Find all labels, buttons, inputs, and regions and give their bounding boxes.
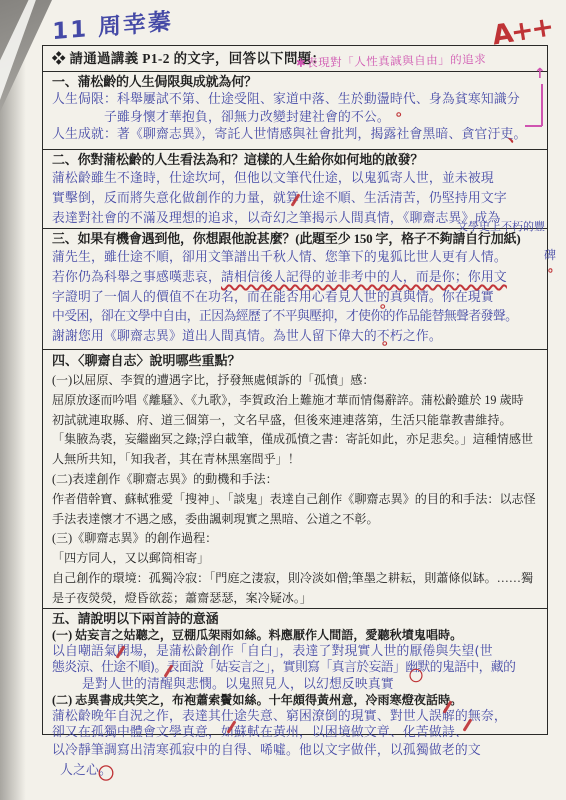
grader-dot-mark: 。 [396,99,411,120]
printed-line: 自己創作的環境：孤獨冷寂：「門庭之淒寂，則冷淡如僧;筆墨之耕耘，則蕭條似缽。……… [52,569,541,589]
question-4-row: 四、〈聊齋自志〉說明哪些重點？ (一)以屈原、李賀的遭遇字比，抒發無處傾訴的「孤… [43,349,547,608]
grader-circle-mark: 〇 [409,666,423,686]
question-4-heading: 四、〈聊齋自志〉說明哪些重點？ [52,351,541,371]
question-5-heading: 五、請說明以下兩首詩的意涵 [52,610,541,628]
answer-line: 人生侷限：科舉屢試不第、仕途受阻、家道中落、生於動盪時代、身為貧寒知識分 [52,91,541,109]
grader-dot-mark: 。 [380,291,395,312]
answer-line: 人生成就：著《聊齋志異》，寄託人世情感與社會批判，揭露社會黑暗、貪官汙吏。 [52,126,541,144]
printed-line: 「集腋為裘，妄繼幽冥之錄;浮白載筆，僅成孤憤之書：寄託如此，亦足悲矣。」這種情感… [52,430,541,450]
printed-line: 屈原放逐而吟唱《離騷》、《九歌》，李賀政治上難施才華而情傷辭誶。蒲松齡雖於 19… [52,391,541,411]
grader-dot-mark: 。 [382,328,397,349]
printed-line: 手法表達懷才不遇之感，委曲諷刺現實之黑暗、公道之不彰。 [52,510,541,530]
printed-line: 「四方同人，又以郵筒相寄」 [52,549,541,569]
grader-dot-mark: 。 [548,256,561,275]
student-name-handwritten: 11 周幸蓁 [52,3,173,47]
answer-line: 若你仍為科舉之事感嘆悲哀，請相信後人記得的並非考中的人，而是你；你用文 [52,268,541,288]
answer-line: 蒲松齡雖生不逢時，仕途坎坷，但他以文筆代仕途，以鬼狐寄人世，並未被現 [52,169,541,189]
answer-line: 態炎涼、仕途不順)。表面說「姑妄言之」，實則寫「真言於妄語」幽默的鬼語中，藏的 [52,660,541,677]
question-5-row: 五、請說明以下兩首詩的意涵 (一) 姑妄言之姑聽之，豆棚瓜架雨如絲。料應厭作人間… [43,608,547,734]
printed-line: (三)《聊齋志異》的創作過程： [52,529,541,549]
question-2-row: 二、你對蒲松齡的人生看法為和？這樣的人生給你如何地的啟發？ 蒲松齡雖生不逢時，仕… [43,149,547,228]
note-connector-hook [525,125,542,127]
printed-line: (一)以屈原、李賀的遭遇字比，抒發無處傾訴的「孤憤」感： [52,371,541,391]
printed-line: 人無所共知，「知我者，其在青林黑塞間乎」！ [52,450,541,470]
answer-line: 是對人世的清醒與悲憫。以鬼照見人，以幻想反映真實 [82,677,541,694]
scanned-worksheet-page: 11 周幸蓁 A++ ❖ 請通過講義 P1-2 的文字，回答以下問題： 一、蒲松… [0,0,566,800]
poem-line: (一) 姑妄言之姑聽之，豆棚瓜架雨如絲。料應厭作人間語，愛聽秋墳鬼唱時。 [52,628,541,644]
answer-overflow-line: 以冷靜筆調寫出清寒孤寂中的自得、唏噓。他以文字做伴，以孤獨做老的文 [52,739,481,758]
note-up-arrow: ↑ [534,66,546,82]
question-2-heading: 二、你對蒲松齡的人生看法為和？這樣的人生給你如何地的啟發？ [52,151,541,169]
worksheet-table: ❖ 請通過講義 P1-2 的文字，回答以下問題： 一、蒲松齡的人生侷限與成就為何… [42,45,548,735]
answer-line: 子雖身懷才華抱負，卻無力改變封建社會的不公。 [104,109,541,127]
grader-comma-mark: 、 [508,121,525,146]
answer-text: 若你仍為科舉之事感嘆悲哀， [52,270,221,285]
poem-line: (二) 志異書成共笑之，布袍蕭索鬢如絲。十年頗得黃州意，冷雨寒燈夜話時。 [52,693,541,709]
question-1-heading: 一、蒲松齡的人生侷限與成就為何？ [52,73,541,91]
printed-line: 初試就連取縣、府、道三個第一，文名早盛，但後來連連落第，生活只能靠教書維持。 [52,411,541,431]
printed-line: 是子夜熒熒，燈昏欲蕊；蕭齋瑟瑟，案冷疑冰。」 [52,589,541,609]
answer-spillover-text: 文學史上不朽的豐 [457,218,545,234]
answer-line: 中受困，卻在文學中自由，正因為經歷了不平與壓抑，才使你的作品能替無聲者發聲。 [52,307,541,327]
question-3-row: 三、如果有機會遇到他，你想跟他說甚麼？(此題至少 150 字，格子不夠請自行加紙… [43,228,547,349]
answer-line: 字證明了一個人的價值不在功名，而在能否用心看見人世的真與情。你在現實 [52,288,541,308]
grader-circle-mark: 〇 [98,761,114,784]
answer-line: 謝謝您用《聊齋志異》道出人間真情。為世人留下偉大的不朽之作。 [52,327,541,347]
printed-line: 作者借幹寶、蘇軾雅愛「搜神」、「談鬼」表達自己創作《聊齋志異》的目的和手法：以志… [52,490,541,510]
answer-line: 以自嘲語氣開場，是蒲松齡創作「自白」，表達了對現實人世的厭倦與失望(世 [52,644,541,661]
teacher-wavy-underline-text: 請相信後人記得的並非考中的人，而是你；你用文 [221,270,507,285]
scan-shadow-left [0,0,26,800]
answer-line: 蒲先生，雖仕途不順，卻用文筆譜出千秋人情、您筆下的鬼狐比世人更有人情。 [52,248,541,268]
printed-line: (二)表達創作《聊齋志異》的動機和手法： [52,470,541,490]
question-1-row: 一、蒲松齡的人生侷限與成就為何？ 人生侷限：科舉屢試不第、仕途受阻、家道中落、生… [43,71,547,149]
note-connector-line [541,84,543,126]
